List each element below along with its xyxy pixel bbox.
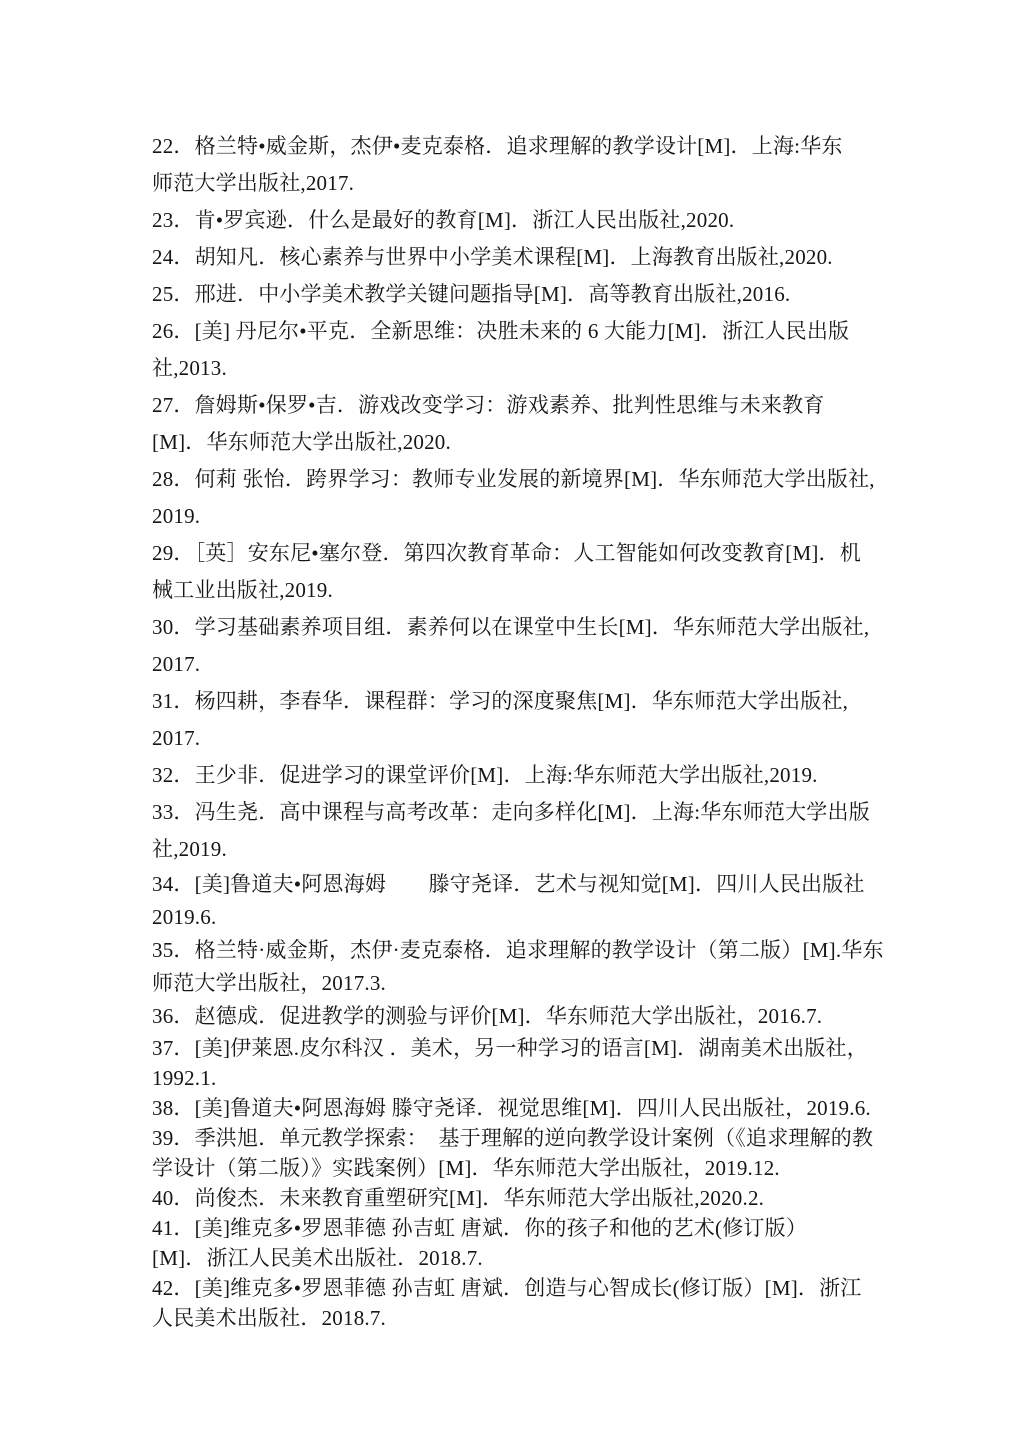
reference-line: 22．格兰特•威金斯，杰伊•麦克泰格．追求理解的教学设计[M]．上海:华东	[152, 128, 904, 165]
reference-line: 2019.	[152, 498, 904, 535]
reference-line: 2017.	[152, 646, 904, 683]
reference-line: 28．何莉 张怡．跨界学习：教师专业发展的新境界[M]．华东师范大学出版社,	[152, 461, 904, 498]
reference-line: 41．[美]维克多•罗恩菲德 孙吉虹 唐斌．你的孩子和他的艺术(修订版）	[152, 1213, 904, 1243]
reference-line: 35．格兰特·威金斯，杰伊·麦克泰格．追求理解的教学设计（第二版）[M].华东	[152, 934, 904, 967]
reference-line: 36．赵德成．促进教学的测验与评价[M]．华东师范大学出版社，2016.7.	[152, 1000, 904, 1033]
reference-entry: 31．杨四耕，李春华．课程群：学习的深度聚焦[M]．华东师范大学出版社,2017…	[152, 683, 904, 757]
reference-line: 26．[美] 丹尼尔•平克．全新思维：决胜未来的 6 大能力[M]．浙江人民出版	[152, 313, 904, 350]
reference-line: 31．杨四耕，李春华．课程群：学习的深度聚焦[M]．华东师范大学出版社,	[152, 683, 904, 720]
reference-entry: 22．格兰特•威金斯，杰伊•麦克泰格．追求理解的教学设计[M]．上海:华东师范大…	[152, 128, 904, 202]
reference-entry: 28．何莉 张怡．跨界学习：教师专业发展的新境界[M]．华东师范大学出版社,20…	[152, 461, 904, 535]
reference-line: 师范大学出版社,2017.	[152, 165, 904, 202]
reference-line: 27．詹姆斯•保罗•吉．游戏改变学习：游戏素养、批判性思维与未来教育	[152, 387, 904, 424]
reference-line: [M]．华东师范大学出版社,2020.	[152, 424, 904, 461]
reference-entry: 39．季洪旭．单元教学探索： 基于理解的逆向教学设计案例（《追求理解的教学设计（…	[152, 1123, 904, 1183]
reference-entry: 25．邢进．中小学美术教学关键问题指导[M]．高等教育出版社,2016.	[152, 276, 904, 313]
reference-line: 学设计（第二版）》实践案例）[M]．华东师范大学出版社，2019.12.	[152, 1153, 904, 1183]
reference-entry: 26．[美] 丹尼尔•平克．全新思维：决胜未来的 6 大能力[M]．浙江人民出版…	[152, 313, 904, 387]
reference-line: 2017.	[152, 720, 904, 757]
reference-entry: 30．学习基础素养项目组．素养何以在课堂中生长[M]．华东师范大学出版社,201…	[152, 609, 904, 683]
reference-line: 师范大学出版社，2017.3.	[152, 967, 904, 1000]
reference-line: 械工业出版社,2019.	[152, 572, 904, 609]
reference-entry: 24．胡知凡．核心素养与世界中小学美术课程[M]．上海教育出版社,2020.	[152, 239, 904, 276]
reference-line: 25．邢进．中小学美术教学关键问题指导[M]．高等教育出版社,2016.	[152, 276, 904, 313]
reference-line: 33．冯生尧．高中课程与高考改革：走向多样化[M]．上海:华东师范大学出版	[152, 794, 904, 831]
reference-line: 37．[美]伊莱恩.皮尔科汉 ．美术，另一种学习的语言[M]．湖南美术出版社，	[152, 1033, 904, 1063]
reference-list: 22．格兰特•威金斯，杰伊•麦克泰格．追求理解的教学设计[M]．上海:华东师范大…	[152, 128, 904, 1333]
reference-line: 社,2019.	[152, 831, 904, 868]
reference-line: 39．季洪旭．单元教学探索： 基于理解的逆向教学设计案例（《追求理解的教	[152, 1123, 904, 1153]
reference-line: 23．肯•罗宾逊．什么是最好的教育[M]．浙江人民出版社,2020.	[152, 202, 904, 239]
document-page: 22．格兰特•威金斯，杰伊•麦克泰格．追求理解的教学设计[M]．上海:华东师范大…	[0, 0, 1024, 1448]
reference-entry: 40．尚俊杰．未来教育重塑研究[M]．华东师范大学出版社,2020.2.	[152, 1183, 904, 1213]
reference-line: 34．[美]鲁道夫•阿恩海姆 滕守尧译．艺术与视知觉[M]．四川人民出版社	[152, 868, 904, 901]
reference-entry: 32．王少非．促进学习的课堂评价[M]．上海:华东师范大学出版社,2019.	[152, 757, 904, 794]
reference-line: 社,2013.	[152, 350, 904, 387]
reference-entry: 36．赵德成．促进教学的测验与评价[M]．华东师范大学出版社，2016.7.	[152, 1000, 904, 1033]
reference-line: 30．学习基础素养项目组．素养何以在课堂中生长[M]．华东师范大学出版社,	[152, 609, 904, 646]
reference-entry: 34．[美]鲁道夫•阿恩海姆 滕守尧译．艺术与视知觉[M]．四川人民出版社201…	[152, 868, 904, 934]
reference-line: 29．［英］安东尼•塞尔登．第四次教育革命：人工智能如何改变教育[M]．机	[152, 535, 904, 572]
reference-entry: 42．[美]维克多•罗恩菲德 孙吉虹 唐斌．创造与心智成长(修订版）[M]．浙江…	[152, 1273, 904, 1333]
reference-entry: 27．詹姆斯•保罗•吉．游戏改变学习：游戏素养、批判性思维与未来教育[M]．华东…	[152, 387, 904, 461]
reference-line: 42．[美]维克多•罗恩菲德 孙吉虹 唐斌．创造与心智成长(修订版）[M]．浙江	[152, 1273, 904, 1303]
reference-line: 38．[美]鲁道夫•阿恩海姆 滕守尧译．视觉思维[M]．四川人民出版社，2019…	[152, 1093, 904, 1123]
reference-line: 1992.1.	[152, 1063, 904, 1093]
reference-entry: 41．[美]维克多•罗恩菲德 孙吉虹 唐斌．你的孩子和他的艺术(修订版）[M]．…	[152, 1213, 904, 1273]
reference-line: 40．尚俊杰．未来教育重塑研究[M]．华东师范大学出版社,2020.2.	[152, 1183, 904, 1213]
reference-entry: 38．[美]鲁道夫•阿恩海姆 滕守尧译．视觉思维[M]．四川人民出版社，2019…	[152, 1093, 904, 1123]
reference-entry: 23．肯•罗宾逊．什么是最好的教育[M]．浙江人民出版社,2020.	[152, 202, 904, 239]
reference-line: 32．王少非．促进学习的课堂评价[M]．上海:华东师范大学出版社,2019.	[152, 757, 904, 794]
reference-line: [M]．浙江人民美术出版社．2018.7.	[152, 1243, 904, 1273]
reference-entry: 35．格兰特·威金斯，杰伊·麦克泰格．追求理解的教学设计（第二版）[M].华东师…	[152, 934, 904, 1000]
reference-entry: 37．[美]伊莱恩.皮尔科汉 ．美术，另一种学习的语言[M]．湖南美术出版社，1…	[152, 1033, 904, 1093]
reference-line: 24．胡知凡．核心素养与世界中小学美术课程[M]．上海教育出版社,2020.	[152, 239, 904, 276]
reference-entry: 29．［英］安东尼•塞尔登．第四次教育革命：人工智能如何改变教育[M]．机械工业…	[152, 535, 904, 609]
reference-entry: 33．冯生尧．高中课程与高考改革：走向多样化[M]．上海:华东师范大学出版社,2…	[152, 794, 904, 868]
reference-line: 人民美术出版社．2018.7.	[152, 1303, 904, 1333]
reference-line: 2019.6.	[152, 901, 904, 934]
